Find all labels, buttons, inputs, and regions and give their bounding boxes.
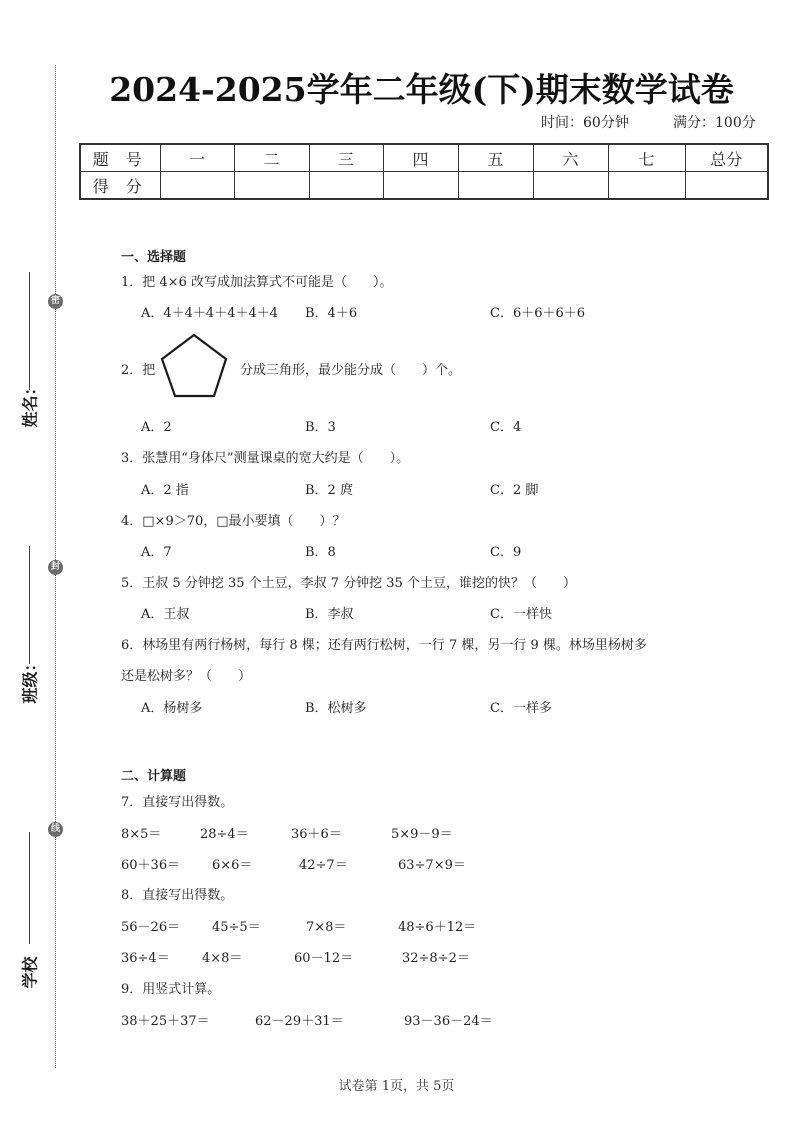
seal-mark-feng: 封 [48, 560, 63, 575]
question-4-option-c[interactable]: C．9 [490, 541, 521, 560]
score-input-cell[interactable] [685, 172, 768, 200]
question-2-option-a[interactable]: A．2 [141, 416, 172, 435]
question-7-text: 7．直接写出得数。 [121, 791, 233, 810]
question-4-option-a[interactable]: A．7 [141, 541, 172, 560]
section-title-calc: 二、计算题 [121, 765, 186, 784]
calc-item: 42÷7＝ [299, 854, 348, 873]
calc-item: 4×8＝ [202, 947, 242, 966]
calc-item: 6×6＝ [212, 854, 252, 873]
score-table-cell: 二 [234, 144, 309, 172]
seal-mark-mi: 密 [48, 294, 63, 309]
calc-item: 93－36－24＝ [404, 1010, 493, 1029]
name-fill-line[interactable] [29, 272, 30, 390]
score-table-cell: 题 号 [80, 144, 160, 172]
calc-item: 56－26＝ [121, 916, 180, 935]
calc-item: 62－29＋31＝ [255, 1010, 344, 1029]
question-6-option-c[interactable]: C．一样多 [490, 697, 552, 716]
question-1-option-c[interactable]: C．6＋6＋6＋6 [490, 302, 585, 321]
calc-item: 48÷6＋12＝ [398, 916, 476, 935]
score-input-cell[interactable] [234, 172, 309, 200]
calc-item: 28÷4＝ [200, 823, 249, 842]
question-3-option-a[interactable]: A．2 指 [141, 479, 189, 498]
calc-item: 38＋25＋37＝ [121, 1010, 210, 1029]
calc-item: 63÷7×9＝ [398, 854, 466, 873]
score-table-cell: 三 [309, 144, 383, 172]
exam-title: 2024-2025学年二年级(下)期末数学试卷 [0, 64, 793, 111]
question-5-text: 5．王叔 5 分钟挖 35 个土豆，李叔 7 分钟挖 35 个土豆，谁挖的快？（… [121, 572, 576, 591]
score-row-label: 得 分 [80, 172, 160, 200]
question-4-text: 4．□×9＞70，□最小要填（ ）？ [121, 510, 346, 529]
question-9-text: 9．用竖式计算。 [121, 978, 220, 997]
question-3-option-c[interactable]: C．2 脚 [490, 479, 538, 498]
calc-item: 60－12＝ [294, 947, 353, 966]
calc-item: 7×8＝ [306, 916, 346, 935]
question-2-option-c[interactable]: C．4 [490, 416, 521, 435]
score-input-cell[interactable] [383, 172, 458, 200]
calc-item: 36＋6＝ [291, 823, 342, 842]
question-6-text-line2: 还是松树多？（ ） [121, 665, 251, 684]
seal-mark-xian: 线 [48, 822, 63, 837]
question-1-option-a[interactable]: A．4＋4＋4＋4＋4＋4 [141, 302, 278, 321]
score-table: 题 号 一 二 三 四 五 六 七 总分 得 分 [79, 143, 769, 200]
question-3-text: 3．张慧用“身体尺”测量课桌的宽大约是（ ）。 [121, 447, 409, 466]
score-table-cell: 五 [458, 144, 533, 172]
score-table-header-row: 题 号 一 二 三 四 五 六 七 总分 [80, 144, 768, 172]
score-input-cell[interactable] [458, 172, 533, 200]
score-input-cell[interactable] [608, 172, 685, 200]
question-6-option-a[interactable]: A．杨树多 [141, 697, 202, 716]
school-field-label: 学校 [18, 965, 41, 989]
name-field-label: 姓名： [18, 404, 41, 428]
score-table-cell: 总分 [685, 144, 768, 172]
score-table-cell: 四 [383, 144, 458, 172]
question-8-text: 8．直接写出得数。 [121, 884, 233, 903]
question-1-text: 1．把 4×6 改写成加法算式不可能是（ ）。 [121, 271, 392, 290]
question-2-text-after: 分成三角形，最少能分成（ ）个。 [240, 359, 461, 378]
exam-full-score: 满分：100分 [673, 112, 756, 132]
page-footer: 试卷第 1页，共 5页 [0, 1075, 793, 1094]
score-input-cell[interactable] [533, 172, 608, 200]
question-5-option-c[interactable]: C．一样快 [490, 603, 552, 622]
calc-item: 5×9－9＝ [391, 823, 453, 842]
section-title-choice: 一、选择题 [121, 246, 186, 265]
pentagon-figure [158, 331, 230, 401]
calc-item: 32÷8÷2＝ [402, 947, 470, 966]
score-table-cell: 七 [608, 144, 685, 172]
class-fill-line[interactable] [29, 546, 30, 664]
school-fill-line[interactable] [29, 832, 30, 944]
question-3-option-b[interactable]: B．2 庹 [305, 479, 353, 498]
calc-item: 60＋36＝ [121, 854, 180, 873]
score-table-score-row: 得 分 [80, 172, 768, 200]
question-5-option-a[interactable]: A．王叔 [141, 603, 189, 622]
question-2-option-b[interactable]: B．3 [305, 416, 336, 435]
calc-item: 45÷5＝ [212, 916, 261, 935]
question-4-option-b[interactable]: B．8 [305, 541, 336, 560]
question-6-option-b[interactable]: B．松树多 [305, 697, 367, 716]
question-5-option-b[interactable]: B．李叔 [305, 603, 354, 622]
question-6-text-line1: 6．林场里有两行杨树，每行 8 棵；还有两行松树，一行 7 棵，另一行 9 棵。… [121, 634, 647, 653]
class-field-label: 班级： [18, 680, 41, 704]
score-input-cell[interactable] [309, 172, 383, 200]
calc-item: 8×5＝ [121, 823, 161, 842]
calc-item: 36÷4＝ [121, 947, 170, 966]
score-input-cell[interactable] [160, 172, 234, 200]
question-2-text-before: 2．把 [121, 359, 155, 378]
exam-time: 时间：60分钟 [541, 112, 629, 132]
score-table-cell: 一 [160, 144, 234, 172]
score-table-cell: 六 [533, 144, 608, 172]
question-1-option-b[interactable]: B．4＋6 [305, 302, 357, 321]
